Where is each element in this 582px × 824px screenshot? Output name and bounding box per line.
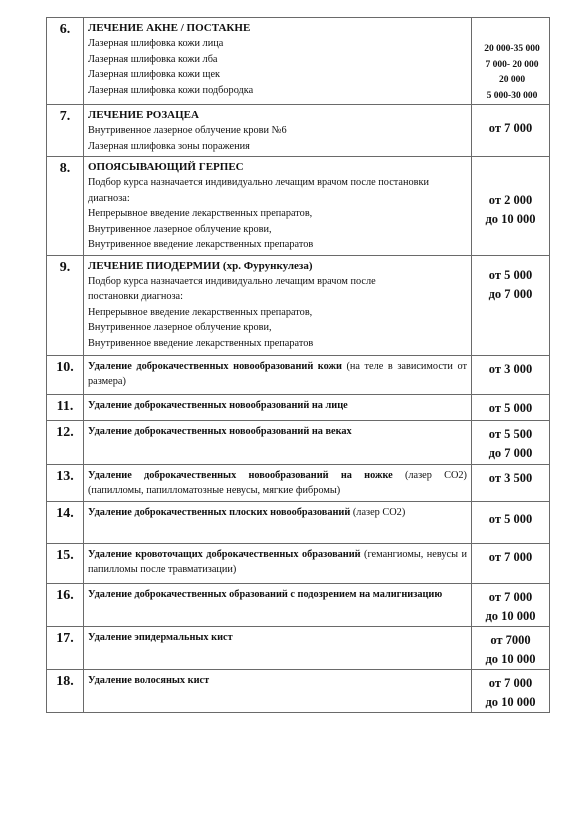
price-value: от 5 000 [472,399,549,418]
table-row: 16.Удаление доброкачественных образовани… [47,583,550,626]
service-line: Внутривенное лазерное облучение крови, [88,320,467,336]
price-value: от 3 500 [472,469,549,488]
service-description: Удаление доброкачественных новообразован… [84,355,472,394]
table-row: 9.ЛЕЧЕНИЕ ПИОДЕРМИИ (хр. Фурункулеза)Под… [47,255,550,355]
section-title: ЛЕЧЕНИЕ ПИОДЕРМИИ (хр. Фурункулеза) [88,259,467,274]
price-cell: от 5 000до 7 000 [472,255,550,355]
service-name-bold: Удаление кровоточащих доброкачественных … [88,549,361,560]
row-number: 7. [47,105,84,157]
service-name-note: (лазер СО2) [350,507,405,518]
price-value: от 5 500 [472,425,549,444]
service-line: Непрерывное введение лекарственных препа… [88,305,467,321]
price-value: от 2 000 [472,191,549,210]
price-cell: от 5 500до 7 000 [472,420,550,464]
price-value: от 7 000 [472,119,549,138]
service-description: ОПОЯСЫВАЮЩИЙ ГЕРПЕСПодбор курса назначае… [84,157,472,256]
service-line: Подбор курса назначается индивидуально л… [88,175,467,206]
price-cell: от 2 000до 10 000 [472,157,550,256]
row-number: 10. [47,355,84,394]
service-name-bold: Удаление доброкачественных новообразован… [88,470,393,481]
service-name-bold: Удаление доброкачественных новообразован… [88,400,348,411]
service-name-bold: Удаление доброкачественных плоских новоо… [88,507,350,518]
service-name: Удаление доброкачественных новообразован… [88,468,467,499]
table-row: 18.Удаление волосяных кистот 7 000до 10 … [47,669,550,712]
service-name-bold: Удаление эпидермальных кист [88,632,233,643]
row-number: 14. [47,501,84,543]
price-value: 7 000- 20 000 [475,58,549,74]
price-value: от 5 000 [472,510,549,529]
row-number: 12. [47,420,84,464]
row-number: 6. [47,18,84,105]
service-description: Удаление доброкачественных новообразован… [84,420,472,464]
table-row: 7.ЛЕЧЕНИЕ РОЗАЦЕАВнутривенное лазерное о… [47,105,550,157]
service-description: ЛЕЧЕНИЕ РОЗАЦЕАВнутривенное лазерное обл… [84,105,472,157]
service-name: Удаление эпидермальных кист [88,630,467,646]
price-cell: от 7000до 10 000 [472,626,550,669]
price-value: от 3 000 [472,360,549,379]
table-row: 6.ЛЕЧЕНИЕ АКНЕ / ПОСТАКНЕЛазерная шлифов… [47,18,550,105]
row-number: 11. [47,394,84,420]
service-line: Подбор курса назначается индивидуально л… [88,274,467,290]
price-table: 6.ЛЕЧЕНИЕ АКНЕ / ПОСТАКНЕЛазерная шлифов… [46,17,550,713]
service-line: Лазерная шлифовка кожи щек [88,67,467,83]
price-value: до 10 000 [472,650,549,669]
service-name: Удаление кровоточащих доброкачественных … [88,547,467,578]
table-row: 15.Удаление кровоточащих доброкачественн… [47,543,550,583]
service-description: Удаление доброкачественных образований с… [84,583,472,626]
table-row: 8.ОПОЯСЫВАЮЩИЙ ГЕРПЕСПодбор курса назнач… [47,157,550,256]
price-value: до 10 000 [472,210,549,229]
service-name-bold: Удаление доброкачественных образований с… [88,589,442,600]
price-value: от 7 000 [472,674,549,693]
service-line: постановки диагноза: [88,289,467,305]
price-cell: 20 000-35 0007 000- 20 00020 0005 000-30… [472,18,550,105]
price-cell: от 5 000 [472,501,550,543]
service-name: Удаление доброкачественных образований с… [88,587,467,603]
row-number: 16. [47,583,84,626]
price-value: до 7 000 [472,285,549,304]
service-description: Удаление эпидермальных кист [84,626,472,669]
service-name: Удаление волосяных кист [88,673,467,689]
service-description: Удаление кровоточащих доброкачественных … [84,543,472,583]
service-line: Лазерная шлифовка кожи подбородка [88,83,467,99]
price-cell: от 7 000до 10 000 [472,669,550,712]
service-name: Удаление доброкачественных новообразован… [88,398,467,414]
service-line: Лазерная шлифовка кожи лба [88,52,467,68]
service-description: Удаление доброкачественных новообразован… [84,464,472,501]
row-number: 8. [47,157,84,256]
price-cell: от 5 000 [472,394,550,420]
section-title: ОПОЯСЫВАЮЩИЙ ГЕРПЕС [88,160,467,175]
price-cell: от 7 000 [472,543,550,583]
table-row: 11.Удаление доброкачественных новообразо… [47,394,550,420]
price-value: до 7 000 [472,444,549,463]
service-line: Внутривенное лазерное облучение крови №6 [88,123,467,139]
table-row: 10.Удаление доброкачественных новообразо… [47,355,550,394]
table-row: 13.Удаление доброкачественных новообразо… [47,464,550,501]
table-row: 12.Удаление доброкачественных новообразо… [47,420,550,464]
service-name-bold: Удаление доброкачественных новообразован… [88,361,342,372]
service-name-bold: Удаление волосяных кист [88,675,209,686]
price-cell: от 3 500 [472,464,550,501]
price-cell: от 7 000 [472,105,550,157]
service-name-bold: Удаление доброкачественных новообразован… [88,426,352,437]
service-line: Непрерывное введение лекарственных препа… [88,206,467,222]
price-value: до 10 000 [472,607,549,626]
service-name: Удаление доброкачественных новообразован… [88,359,467,390]
service-line: Лазерная шлифовка кожи лица [88,36,467,52]
row-number: 15. [47,543,84,583]
service-description: Удаление волосяных кист [84,669,472,712]
price-value: 5 000-30 000 [475,89,549,105]
table-row: 17.Удаление эпидермальных кистот 7000до … [47,626,550,669]
service-description: Удаление доброкачественных новообразован… [84,394,472,420]
row-number: 13. [47,464,84,501]
price-value: от 7000 [472,631,549,650]
price-cell: от 3 000 [472,355,550,394]
service-line: Внутривенное введение лекарственных преп… [88,336,467,352]
price-value: до 10 000 [472,693,549,712]
service-name: Удаление доброкачественных плоских новоо… [88,505,467,521]
price-value: от 7 000 [472,548,549,567]
price-value: от 7 000 [472,588,549,607]
row-number: 17. [47,626,84,669]
service-line: Внутривенное лазерное облучение крови, [88,222,467,238]
price-cell: от 7 000до 10 000 [472,583,550,626]
service-description: ЛЕЧЕНИЕ АКНЕ / ПОСТАКНЕЛазерная шлифовка… [84,18,472,105]
service-line: Внутривенное введение лекарственных преп… [88,237,467,253]
table-row: 14.Удаление доброкачественных плоских но… [47,501,550,543]
price-value: 20 000 [475,73,549,89]
price-value: от 5 000 [472,266,549,285]
row-number: 9. [47,255,84,355]
section-title: ЛЕЧЕНИЕ РОЗАЦЕА [88,108,467,123]
price-value: 20 000-35 000 [475,42,549,58]
row-number: 18. [47,669,84,712]
service-description: Удаление доброкачественных плоских новоо… [84,501,472,543]
section-title: ЛЕЧЕНИЕ АКНЕ / ПОСТАКНЕ [88,21,467,36]
service-line: Лазерная шлифовка зоны поражения [88,139,467,155]
service-description: ЛЕЧЕНИЕ ПИОДЕРМИИ (хр. Фурункулеза)Подбо… [84,255,472,355]
service-name: Удаление доброкачественных новообразован… [88,424,467,440]
